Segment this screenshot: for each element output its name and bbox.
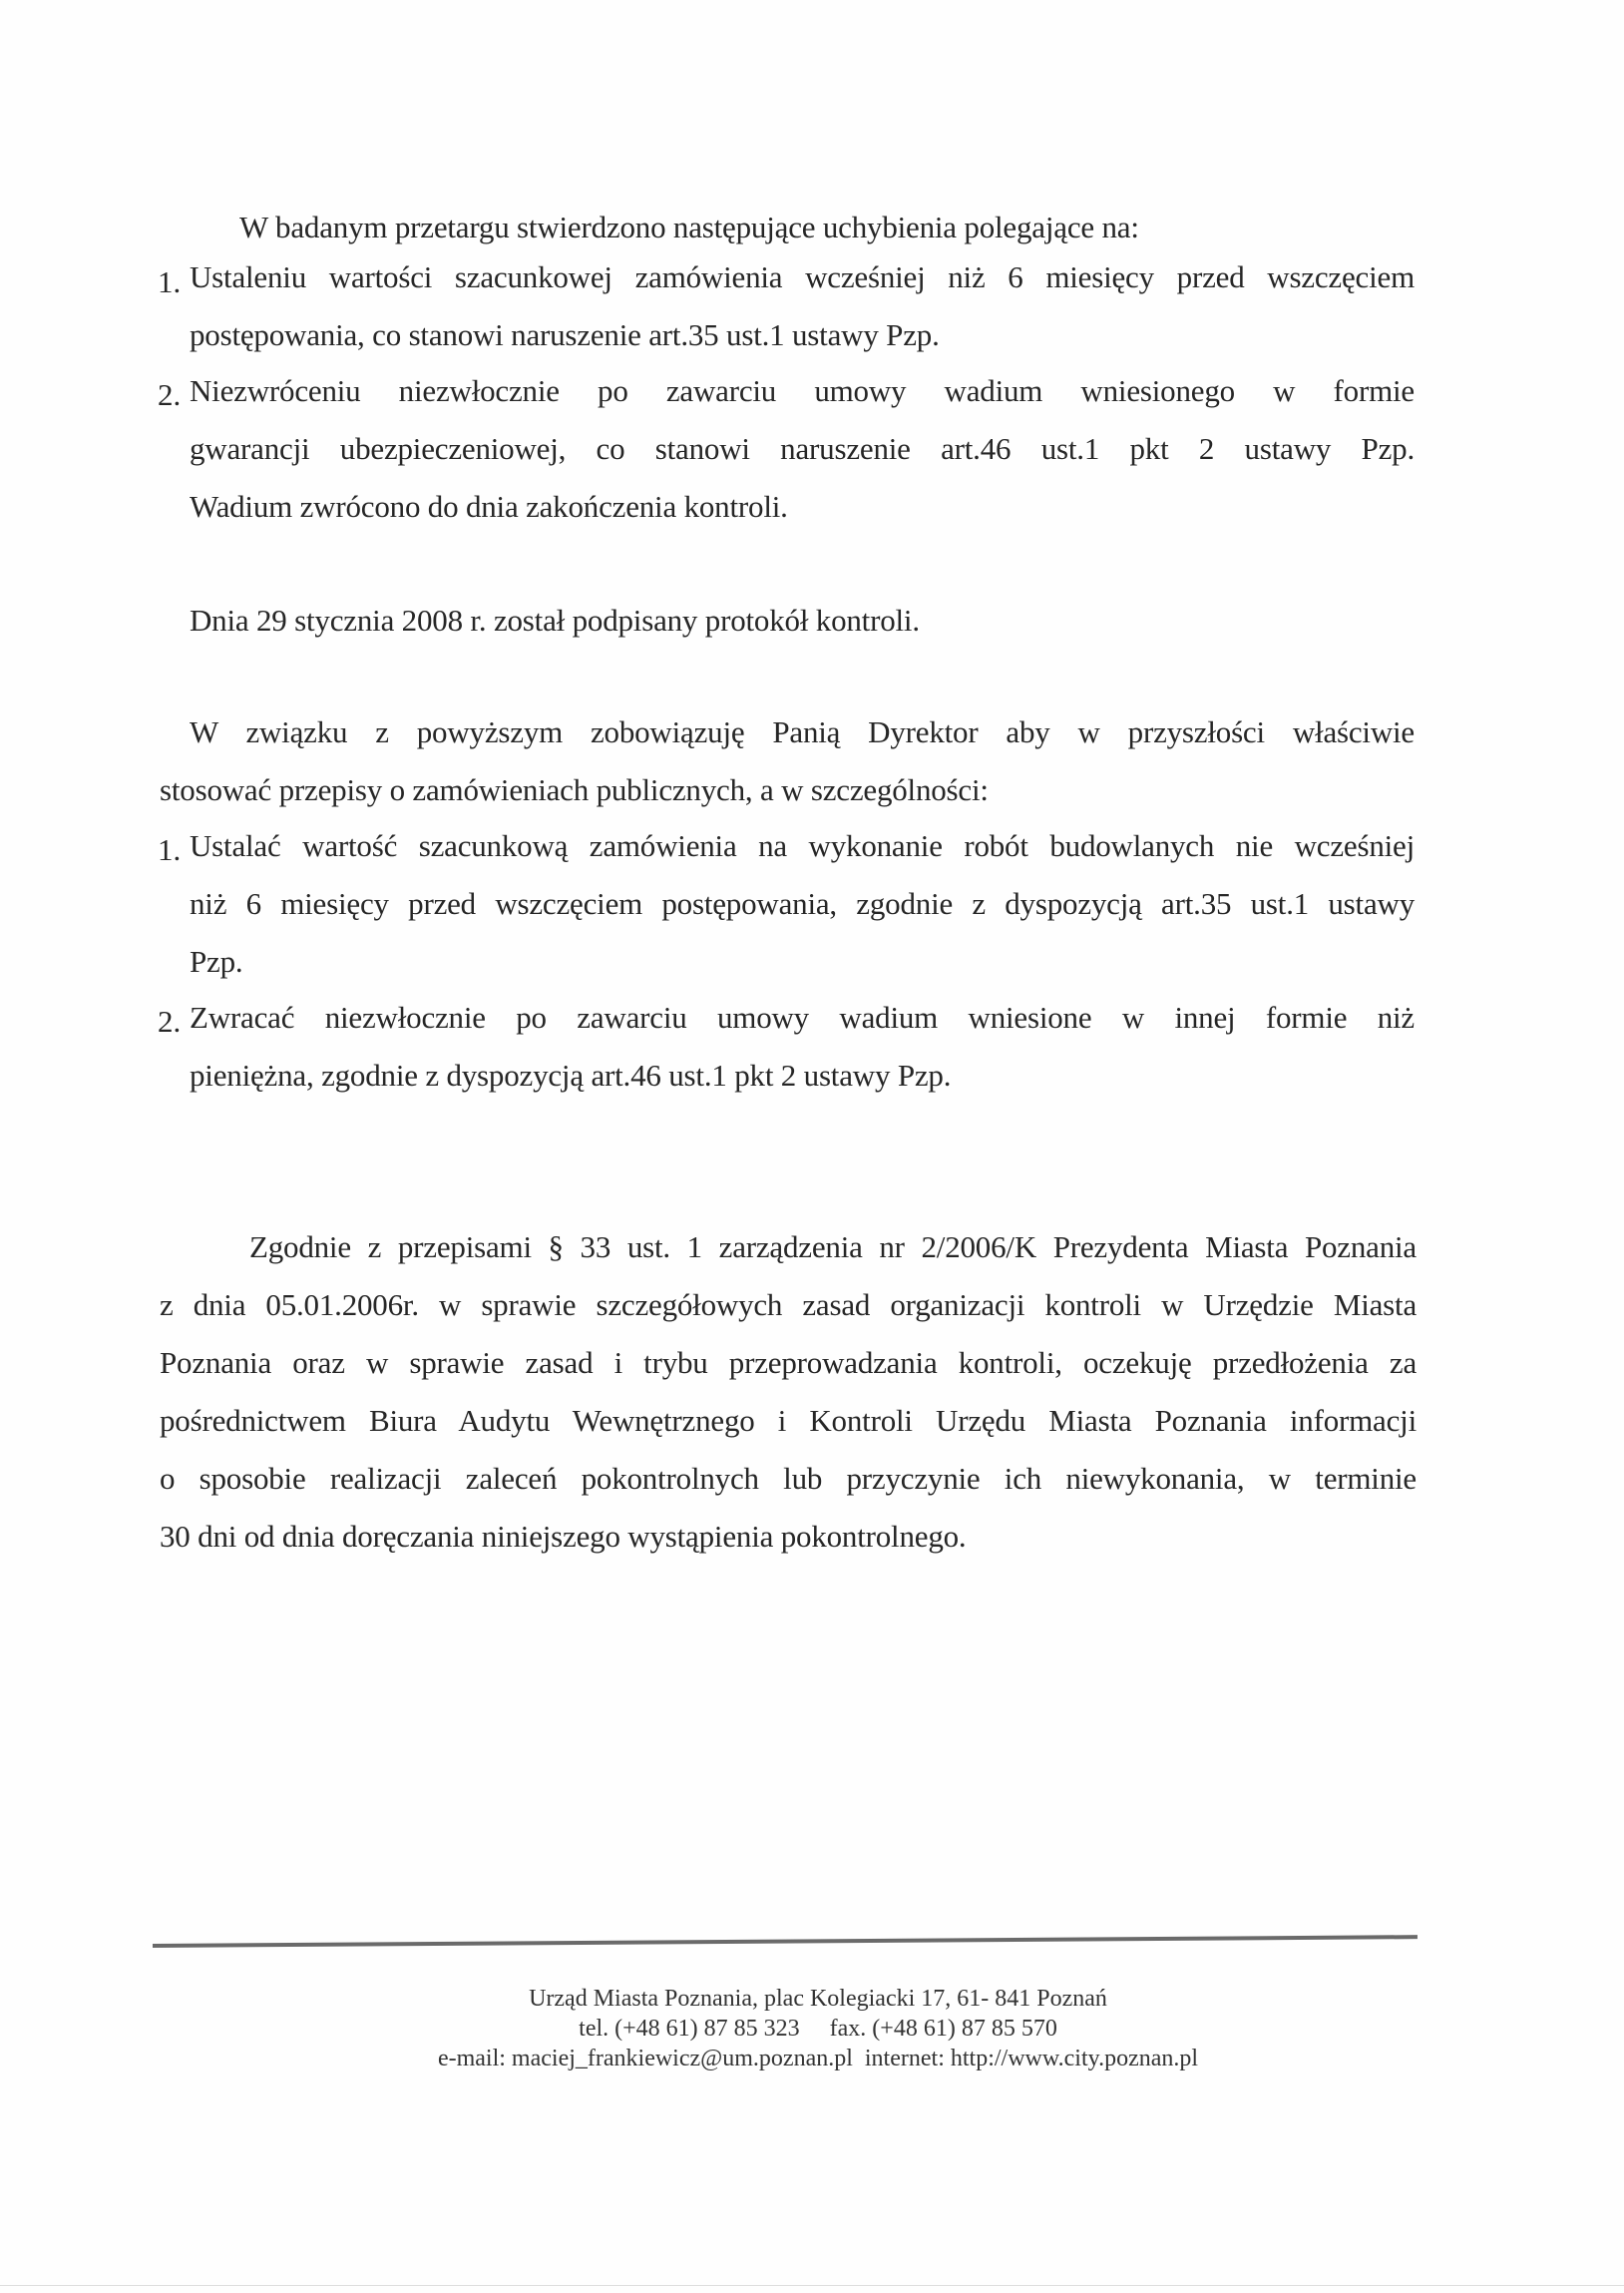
recommendation-1-line-1: Ustalać wartość szacunkową zamówienia na… [190, 828, 1415, 864]
closing-line-4: pośrednictwem Biura Audytu Wewnętrznego … [160, 1403, 1417, 1439]
recommendation-1-number: 1. [158, 832, 181, 868]
recommendation-2-line-1: Zwracać niezwłocznie po zawarciu umowy w… [190, 1000, 1415, 1036]
footer-phone-fax: tel. (+48 61) 87 85 323 fax. (+48 61) 87… [379, 2016, 1257, 2043]
page-edge [0, 2285, 1624, 2286]
closing-line-3: Poznania oraz w sprawie zasad i trybu pr… [160, 1345, 1417, 1381]
recommendation-1-line-3: Pzp. [190, 944, 242, 980]
footer-contact: e-mail: maciej_frankiewicz@um.poznan.pl … [379, 2046, 1257, 2072]
recommendation-2-number: 2. [158, 1004, 181, 1040]
finding-1-line-2: postępowania, co stanowi naruszenie art.… [190, 317, 940, 353]
closing-line-5: o sposobie realizacji zaleceń pokontroln… [160, 1461, 1417, 1497]
document-page: W badanym przetargu stwierdzono następuj… [0, 0, 1624, 2293]
obligation-intro-line-1: W związku z powyższym zobowiązuję Panią … [190, 714, 1415, 750]
closing-line-1: Zgodnie z przepisami § 33 ust. 1 zarządz… [249, 1229, 1417, 1265]
findings-intro: W badanym przetargu stwierdzono następuj… [239, 210, 1139, 245]
recommendation-2-line-2: pieniężna, zgodnie z dyspozycją art.46 u… [190, 1058, 951, 1094]
finding-2-line-1: Niezwróceniu niezwłocznie po zawarciu um… [190, 373, 1415, 409]
closing-line-6: 30 dni od dnia doręczania niniejszego wy… [160, 1519, 966, 1555]
finding-2-line-3: Wadium zwrócono do dnia zakończenia kont… [190, 489, 788, 525]
footer-divider [153, 1935, 1418, 1948]
obligation-intro-line-2: stosować przepisy o zamówieniach publicz… [160, 772, 989, 808]
finding-2-number: 2. [158, 377, 181, 413]
recommendation-1-line-2: niż 6 miesięcy przed wszczęciem postępow… [190, 886, 1415, 922]
finding-1-number: 1. [158, 264, 181, 300]
closing-line-2: z dnia 05.01.2006r. w sprawie szczegółow… [160, 1287, 1417, 1323]
footer-address: Urząd Miasta Poznania, plac Kolegiacki 1… [379, 1986, 1257, 2013]
finding-2-line-2: gwarancji ubezpieczeniowej, co stanowi n… [190, 431, 1415, 467]
protocol-note: Dnia 29 stycznia 2008 r. został podpisan… [190, 603, 920, 639]
finding-1-line-1: Ustaleniu wartości szacunkowej zamówieni… [190, 259, 1415, 295]
